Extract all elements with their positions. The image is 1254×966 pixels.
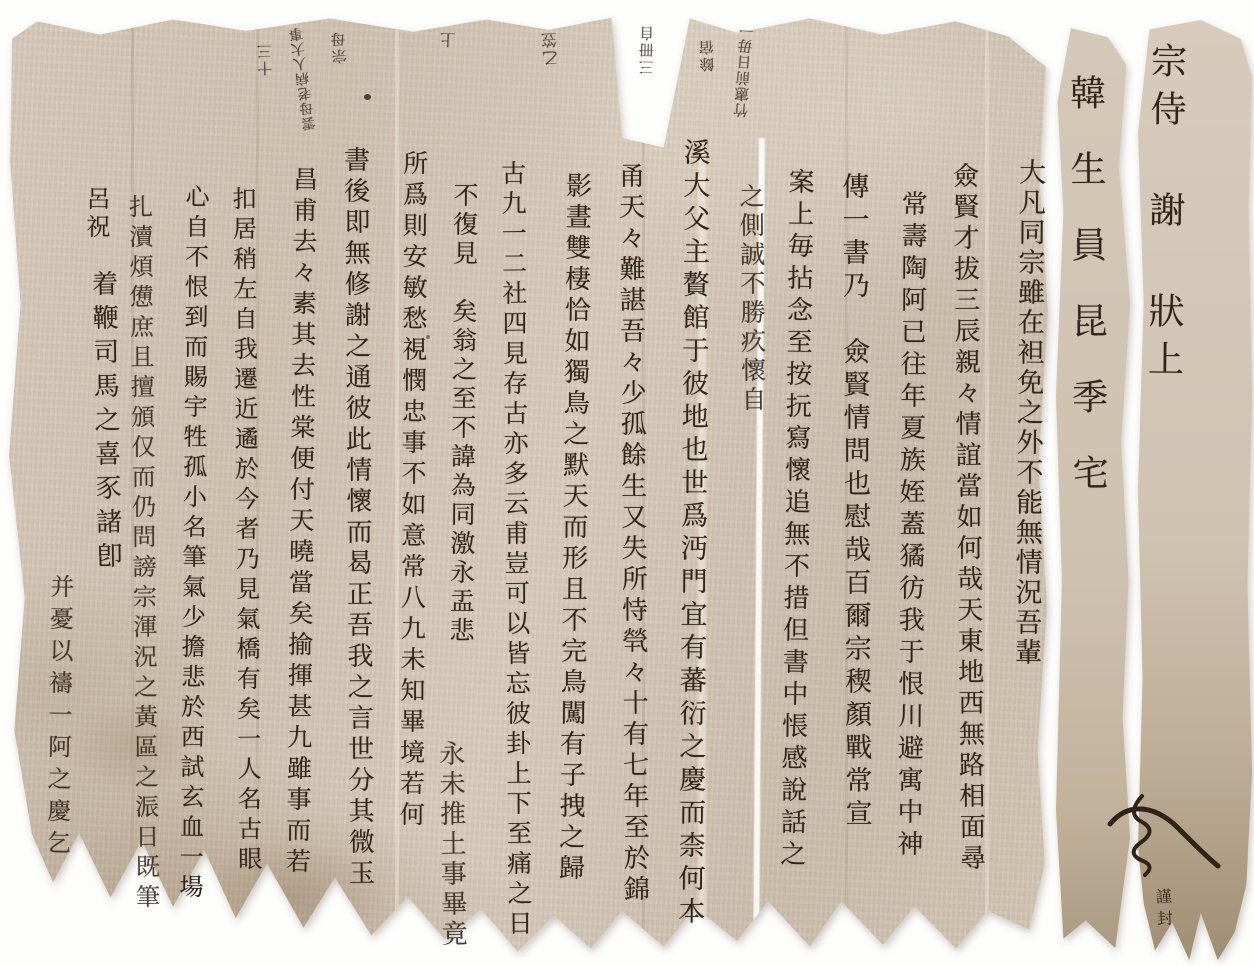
text-column: 所爲則安敏愁視憫忠事不如意常八九未知畢境若何: [398, 150, 427, 832]
docket-note: 十三: [258, 42, 274, 76]
text-column: 甬天々難諶吾々少孤餘生又失所恃煢々十有七年至於錦: [616, 162, 647, 906]
text-column: 并憂以禱一阿之慶乞: [44, 574, 72, 862]
ink-speck: [364, 94, 371, 100]
recipient-column: 宗侍 謝 狀上: [1144, 42, 1184, 388]
text-column: 傳一書乃 僉賢情問也慰哉百爾宗稧顏戰常宣: [839, 172, 869, 832]
text-column: 扣居稍左自我遷近遹於今者乃見氣橋有矣一人名古眼: [230, 186, 260, 876]
seal-label: 謹封: [1151, 887, 1176, 932]
docket-note: 三冊自: [640, 24, 656, 75]
text-column: 古九一二社四見存古亦多云甫豈可以皆忘彼卦上下至痛之日: [500, 160, 532, 940]
signature-flourish: [1096, 788, 1226, 903]
docket-note: 乙笠: [542, 30, 560, 67]
text-column: 僉賢才拔三辰親々情誼當如何哉天東地西無路相面尋: [950, 162, 983, 875]
text-column: 書後即無修謝之通彼此情懷而曷正吾我之言世分其微玉: [341, 146, 372, 890]
text-column: 大凡同宗雖在袒免之外不能無情況吾輩: [1012, 158, 1043, 668]
text-column: 不復見 矣翁之至不諱為同激永盂悲: [448, 182, 477, 646]
text-column: 着鞭司馬之喜豕諸卽: [89, 270, 120, 576]
letter-photograph: 宗侍 謝 狀上 韓生員昆季宅 大凡同宗雖在袒免之外不能無情況吾輩 僉賢才拔三辰親…: [0, 0, 1254, 966]
docket-note: 上: [441, 32, 458, 49]
text-column: 呂祝: [84, 186, 108, 242]
text-column: 溪大父主贅館于彼地也世爲沔門宜有蕃衍之慶而柰何本: [675, 138, 708, 930]
text-column: 永未推土事畢竟: [437, 740, 466, 950]
docket-note: 餘宿: [699, 38, 715, 73]
text-column: 扎瀆煩憊庶且擅頒仅而仍問謗宗渾況之黃區之浱日既筆: [126, 194, 158, 914]
addressee-column: 韓生員昆季宅: [1066, 74, 1105, 530]
text-column: 心自不恨到而賜宇牲孤小名筆氣少擔悲於西試玄血一場: [177, 184, 207, 904]
text-column: 影晝雙棲恰如獨鳥之默天而形且不完鳥闖有子拽之歸: [556, 172, 589, 885]
docket-note: 宗母: [331, 30, 348, 65]
text-column: 之側誠不勝疚懷自: [738, 183, 765, 415]
text-column: 常壽陶阿已往年夏族姪蓋獝彷我于恨川避寓中神: [895, 190, 926, 862]
text-column: 昌甫去々素其去性棠便付天曉當矣揄揮甚九雖事而若: [284, 166, 316, 879]
crease-line: [985, 10, 989, 958]
